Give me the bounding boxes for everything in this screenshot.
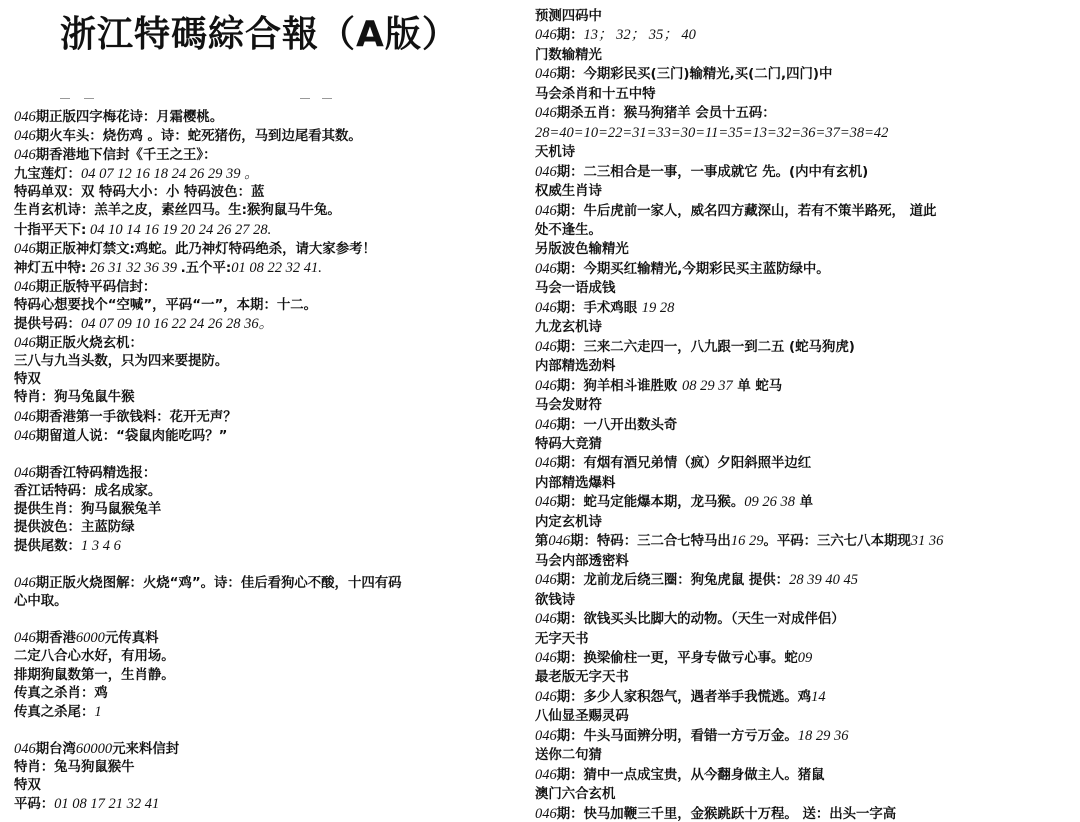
text-span: 期正版四字梅花诗：月霜樱桃。 [36, 110, 223, 125]
text-span: 生肖玄机诗：羔羊之皮，素丝四马。生:猴狗鼠马牛兔。 [14, 203, 341, 218]
text-line: 心中取。 [14, 593, 534, 611]
number-span: 6000 [76, 630, 105, 646]
text-span: 送你二句猜 [535, 748, 602, 763]
text-line: 046期：多少人家积怨气，遇者举手我慌逃。鸡14 [535, 688, 1080, 707]
text-span: 期正版火烧图解：火烧“鸡”。诗：佳后看狗心不酸，十四有码 [36, 576, 402, 591]
text-line: 046期香港6000元传真料 [14, 629, 534, 648]
text-line: 马会内部透密料 [535, 552, 1080, 571]
blank-line [14, 556, 534, 574]
number-span: 046 [14, 128, 36, 144]
text-span: 期：今期买红输精光,今期彩民买主蓝防绿中。 [557, 262, 830, 277]
text-span: 最老版无字天书 [535, 670, 629, 685]
text-span: 提供生肖：狗马鼠猴兔羊 [14, 502, 161, 517]
text-line: 提供生肖：狗马鼠猴兔羊 [14, 501, 534, 519]
text-line: 046期：蛇马定能爆本期，龙马猴。09 26 38 单 [535, 493, 1080, 512]
text-span: 特肖：狗马兔鼠牛猴 [14, 390, 135, 405]
number-span: 046 [14, 428, 36, 444]
number-span: 04 07 12 16 18 24 26 29 39 。 [81, 166, 259, 182]
text-line: 预测四码中 [535, 7, 1080, 26]
text-line: 送你二句猜 [535, 746, 1080, 765]
text-span: 内定玄机诗 [535, 515, 602, 530]
scan-artifact [60, 98, 340, 104]
text-span: 期：一八开出数头奇 [557, 418, 678, 433]
text-line: 神灯五中特: 26 31 32 36 39 .五个平:01 08 22 32 4… [14, 259, 534, 278]
number-span: 046 [535, 378, 557, 394]
text-line: 046期正版火烧图解：火烧“鸡”。诗：佳后看狗心不酸，十四有码 [14, 574, 534, 593]
text-line: 特码单双：双 特码大小：小 特码波色：蓝 [14, 184, 534, 202]
text-span: 期香江特码精选报： [36, 466, 157, 481]
number-span: 28=40=10=22=31=33=30=11=35=13=32=36=37=3… [535, 125, 888, 141]
text-span: 期：狗羊相斗谁胜败 [557, 379, 682, 394]
text-span: 期香港地下信封《千王之王》： [36, 148, 217, 163]
text-line: 046期留道人说：“袋鼠肉能吃吗？” [14, 427, 534, 446]
number-span: 046 [535, 728, 557, 744]
text-line: 046期火车头：烧伤鸡 。诗：蛇死猪伤，马到边尾看其数。 [14, 127, 534, 146]
text-span: 平码： [14, 797, 54, 812]
text-line: 046期：三来二六走四一，八九跟一到二五 (蛇马狗虎) [535, 338, 1080, 357]
text-span: 马会内部透密料 [535, 554, 629, 569]
text-line: 特双 [14, 777, 534, 795]
text-span: 十指平天下: [14, 223, 86, 238]
text-span: 期：今期彩民买(三门)输精光,买(二门,四门)中 [557, 67, 833, 82]
text-line: 046期：狗羊相斗谁胜败 08 29 37 单 蛇马 [535, 377, 1080, 396]
text-span: 无字天书 [535, 632, 589, 647]
text-span: 特双 [14, 778, 41, 793]
text-span: 门数输精光 [535, 48, 602, 63]
text-span: 期：手术鸡眼 [557, 301, 642, 316]
number-span: 19 28 [642, 300, 675, 316]
text-line: 传真之杀尾：1 [14, 703, 534, 722]
number-span: 16 29 [731, 533, 764, 549]
number-span: 046 [535, 650, 557, 666]
number-span: 31 36 [911, 533, 944, 549]
text-line: 046期杀五肖：猴马狗猪羊 会员十五码： [535, 104, 1080, 123]
number-span: 046 [535, 572, 557, 588]
text-span: 马会杀肖和十五中特 [535, 87, 656, 102]
number-span: 046 [535, 203, 557, 219]
text-span: 传真之杀尾： [14, 705, 94, 720]
text-line: 提供尾数：1 3 4 6 [14, 537, 534, 556]
text-line: 特码心想要找个“空喊”，平码“一”，本期：十二。 [14, 297, 534, 315]
text-span: 期台湾 [36, 742, 76, 757]
text-line: 046期：欲钱买头比脚大的动物。（天生一对成伴侣） [535, 610, 1080, 629]
text-span: 期香港 [36, 631, 76, 646]
text-line: 香江话特码：成名成家。 [14, 483, 534, 501]
text-span: 澳门六合玄机 [535, 787, 615, 802]
text-span: 九宝莲灯： [14, 167, 81, 182]
text-line: 046期正版火烧玄机： [14, 334, 534, 353]
number-span: 046 [535, 689, 557, 705]
right-column: 预测四码中046期：13； 32； 35； 40门数输精光046期：今期彩民买(… [535, 7, 1080, 822]
text-line: 046期：手术鸡眼 19 28 [535, 299, 1080, 318]
text-span: 特码单双：双 特码大小：小 特码波色：蓝 [14, 185, 264, 200]
text-line: 特码大竞猜 [535, 435, 1080, 454]
text-line: 二定八合心水好，有用场。 [14, 648, 534, 666]
text-line: 提供波色：主蓝防绿 [14, 519, 534, 537]
text-span: 特肖：兔马狗鼠猴牛 [14, 760, 135, 775]
text-line: 046期：今期彩民买(三门)输精光,买(二门,四门)中 [535, 65, 1080, 84]
text-span: 期： [557, 28, 584, 43]
number-span: 046 [14, 630, 36, 646]
text-line: 生肖玄机诗：羔羊之皮，素丝四马。生:猴狗鼠马牛兔。 [14, 202, 534, 220]
text-span: 九龙玄机诗 [535, 320, 602, 335]
text-span: 期：多少人家积怨气，遇者举手我慌逃。鸡 [557, 690, 811, 705]
text-span: 单 [795, 495, 813, 510]
text-span: 。平码：三六七八本期现 [763, 534, 910, 549]
text-line: 八仙显圣赐灵码 [535, 707, 1080, 726]
text-span: 元来料信封 [112, 742, 179, 757]
text-span: 特码心想要找个“空喊”，平码“一”，本期：十二。 [14, 298, 317, 313]
text-span: 期正版神灯禁文:鸡蛇。此乃神灯特码绝杀，请大家参考！ [36, 242, 376, 257]
text-span: 期：牛头马面辨分明，看错一方亏万金。 [557, 729, 798, 744]
number-span: 26 31 32 36 39 [86, 260, 180, 276]
text-span: 心中取。 [14, 594, 68, 609]
text-line: 澳门六合玄机 [535, 785, 1080, 804]
text-line: 046期：13； 32； 35； 40 [535, 26, 1080, 45]
text-line: 十指平天下: 04 10 14 16 19 20 24 26 27 28. [14, 221, 534, 240]
text-line: 马会杀肖和十五中特 [535, 85, 1080, 104]
text-span: 期香港第一手欲钱料：花开无声？ [36, 410, 237, 425]
number-span: 09 [798, 650, 813, 666]
text-span: 单 蛇马 [733, 379, 783, 394]
text-span: 期：蛇马定能爆本期，龙马猴。 [557, 495, 744, 510]
number-span: 14 [811, 689, 826, 705]
number-span: 046 [535, 806, 557, 822]
text-line: 046期香港地下信封《千王之王》： [14, 146, 534, 165]
text-line: 内部精选劲料 [535, 357, 1080, 376]
number-span: 01 08 22 32 41. [231, 260, 322, 276]
text-line: 内定玄机诗 [535, 513, 1080, 532]
text-line: 046期：有烟有酒兄弟情（疯）夕阳斜照半边红 [535, 454, 1080, 473]
number-span: 046 [535, 261, 557, 277]
number-span: 046 [535, 417, 557, 433]
text-line: 传真之杀肖：鸡 [14, 685, 534, 703]
number-span: 09 26 38 [744, 494, 795, 510]
number-span: 046 [535, 494, 557, 510]
text-span: 期正版特平码信封： [36, 280, 157, 295]
number-span: 046 [535, 300, 557, 316]
text-span: 内部精选爆料 [535, 476, 615, 491]
number-span: 046 [535, 611, 557, 627]
text-line: 046期正版神灯禁文:鸡蛇。此乃神灯特码绝杀，请大家参考！ [14, 240, 534, 259]
text-span: 提供尾数： [14, 539, 81, 554]
text-line: 欲钱诗 [535, 591, 1080, 610]
number-span: 046 [14, 409, 36, 425]
text-line: 平码：01 08 17 21 32 41 [14, 795, 534, 814]
number-span: 046 [535, 339, 557, 355]
text-line: 天机诗 [535, 143, 1080, 162]
number-span: 046 [535, 164, 557, 180]
number-span: 046 [14, 741, 36, 757]
text-span: 内部精选劲料 [535, 359, 615, 374]
text-line: 046期台湾60000元来料信封 [14, 740, 534, 759]
number-span: 046 [14, 241, 36, 257]
text-span: 提供波色：主蓝防绿 [14, 520, 135, 535]
text-line: 046期：快马加鞭三千里，金猴跳跃十万程。 送：出头一字高 [535, 805, 1080, 822]
text-span: 传真之杀肖：鸡 [14, 686, 108, 701]
text-line: 处不逢生。 [535, 221, 1080, 240]
text-span: 处不逢生。 [535, 223, 602, 238]
text-span: 预测四码中 [535, 9, 602, 24]
text-span: 马会一语成钱 [535, 281, 615, 296]
number-span: 01 08 17 21 32 41 [54, 796, 159, 812]
text-line: 九宝莲灯：04 07 12 16 18 24 26 29 39 。 [14, 165, 534, 184]
text-span: 香江话特码：成名成家。 [14, 484, 161, 499]
number-span: 046 [14, 575, 36, 591]
text-span: .五个平: [181, 261, 232, 276]
text-line: 内部精选爆料 [535, 474, 1080, 493]
text-line: 046期：牛头马面辨分明，看错一方亏万金。18 29 36 [535, 727, 1080, 746]
text-line: 046期：猜中一点成宝贵，从今翻身做主人。猪鼠 [535, 766, 1080, 785]
text-span: 期：三来二六走四一，八九跟一到二五 (蛇马狗虎) [557, 340, 855, 355]
number-span: 28 39 40 45 [789, 572, 858, 588]
text-line: 特肖：狗马兔鼠牛猴 [14, 389, 534, 407]
text-span: 期：快马加鞭三千里，金猴跳跃十万程。 送：出头一字高 [557, 807, 896, 822]
text-span: 期：特码：三二合七特马出 [570, 534, 731, 549]
text-span: 期：换梁偷柱一更，平身专做亏心事。蛇 [557, 651, 798, 666]
text-line: 046期：牛后虎前一家人，威名四方藏深山，若有不策半路死， 道此 [535, 202, 1080, 221]
number-span: 04 07 09 10 16 22 24 26 28 36。 [81, 316, 273, 332]
text-line: 046期：今期买红输精光,今期彩民买主蓝防绿中。 [535, 260, 1080, 279]
text-line: 提供号码：04 07 09 10 16 22 24 26 28 36。 [14, 315, 534, 334]
text-line: 046期：龙前龙后绕三圈：狗兔虎鼠 提供：28 39 40 45 [535, 571, 1080, 590]
number-span: 046 [14, 279, 36, 295]
text-span: 特码大竞猜 [535, 437, 602, 452]
text-span: 天机诗 [535, 145, 575, 160]
blank-line [14, 611, 534, 629]
number-span: 04 10 14 16 19 20 24 26 27 28. [86, 222, 271, 238]
text-line: 046期香江特码精选报： [14, 464, 534, 483]
number-span: 046 [535, 455, 557, 471]
number-span: 046 [548, 533, 570, 549]
text-span: 神灯五中特: [14, 261, 86, 276]
blank-line [14, 722, 534, 740]
number-span: 08 29 37 [682, 378, 733, 394]
text-span: 期正版火烧玄机： [36, 336, 143, 351]
text-span: 提供号码： [14, 317, 81, 332]
text-line: 排期狗鼠数第一，生肖静。 [14, 667, 534, 685]
number-span: 60000 [76, 741, 112, 757]
blank-line [14, 446, 534, 464]
text-span: 期：有烟有酒兄弟情（疯）夕阳斜照半边红 [557, 456, 811, 471]
text-line: 特肖：兔马狗鼠猴牛 [14, 759, 534, 777]
text-span: 期火车头：烧伤鸡 。诗：蛇死猪伤，马到边尾看其数。 [36, 129, 362, 144]
number-span: 046 [535, 767, 557, 783]
text-span: 期：猜中一点成宝贵，从今翻身做主人。猪鼠 [557, 768, 825, 783]
text-span: 期：二三相合是一事，一事成就它 先。(内中有玄机) [557, 165, 869, 180]
text-line: 第046期：特码：三二合七特马出16 29。平码：三六七八本期现31 36 [535, 532, 1080, 551]
text-span: 第 [535, 534, 548, 549]
text-line: 特双 [14, 371, 534, 389]
page-title: 浙江特碼綜合報（A版） [60, 6, 459, 57]
text-span: 期：欲钱买头比脚大的动物。（天生一对成伴侣） [557, 612, 845, 627]
number-span: 046 [14, 335, 36, 351]
text-line: 三八与九当头数，只为四来要提防。 [14, 353, 534, 371]
text-span: 期杀五肖：猴马狗猪羊 会员十五码： [557, 106, 776, 121]
text-span: 排期狗鼠数第一，生肖静。 [14, 668, 175, 683]
text-span: 期：龙前龙后绕三圈：狗兔虎鼠 提供： [557, 573, 789, 588]
text-span: 八仙显圣赐灵码 [535, 709, 629, 724]
text-span: 马会发财符 [535, 398, 602, 413]
text-line: 046期正版四字梅花诗：月霜樱桃。 [14, 108, 534, 127]
number-span: 1 3 4 6 [81, 538, 121, 554]
left-column: 046期正版四字梅花诗：月霜樱桃。046期火车头：烧伤鸡 。诗：蛇死猪伤，马到边… [14, 108, 534, 814]
number-span: 18 29 36 [798, 728, 849, 744]
text-line: 28=40=10=22=31=33=30=11=35=13=32=36=37=3… [535, 124, 1080, 143]
text-line: 无字天书 [535, 630, 1080, 649]
text-span: 特双 [14, 372, 41, 387]
number-span: 046 [535, 66, 557, 82]
number-span: 1 [94, 704, 101, 720]
number-span: 13； 32； 35； 40 [584, 27, 696, 43]
text-line: 046期：一八开出数头奇 [535, 416, 1080, 435]
number-span: 046 [14, 465, 36, 481]
text-line: 马会一语成钱 [535, 279, 1080, 298]
text-span: 期：牛后虎前一家人，威名四方藏深山，若有不策半路死， 道此 [557, 204, 937, 219]
number-span: 046 [535, 27, 557, 43]
text-line: 046期香港第一手欲钱料：花开无声？ [14, 408, 534, 427]
text-line: 马会发财符 [535, 396, 1080, 415]
text-span: 权威生肖诗 [535, 184, 602, 199]
text-line: 最老版无字天书 [535, 668, 1080, 687]
text-line: 权威生肖诗 [535, 182, 1080, 201]
text-span: 三八与九当头数，只为四来要提防。 [14, 354, 228, 369]
text-span: 元传真料 [105, 631, 159, 646]
number-span: 046 [14, 109, 36, 125]
text-line: 九龙玄机诗 [535, 318, 1080, 337]
number-span: 046 [535, 105, 557, 121]
text-span: 期留道人说：“袋鼠肉能吃吗？” [36, 429, 228, 444]
text-line: 046期：二三相合是一事，一事成就它 先。(内中有玄机) [535, 163, 1080, 182]
text-line: 046期：换梁偷柱一更，平身专做亏心事。蛇09 [535, 649, 1080, 668]
text-span: 另版波色输精光 [535, 242, 629, 257]
text-span: 欲钱诗 [535, 593, 575, 608]
text-line: 另版波色输精光 [535, 240, 1080, 259]
text-line: 门数输精光 [535, 46, 1080, 65]
text-line: 046期正版特平码信封： [14, 278, 534, 297]
number-span: 046 [14, 147, 36, 163]
text-span: 二定八合心水好，有用场。 [14, 649, 175, 664]
